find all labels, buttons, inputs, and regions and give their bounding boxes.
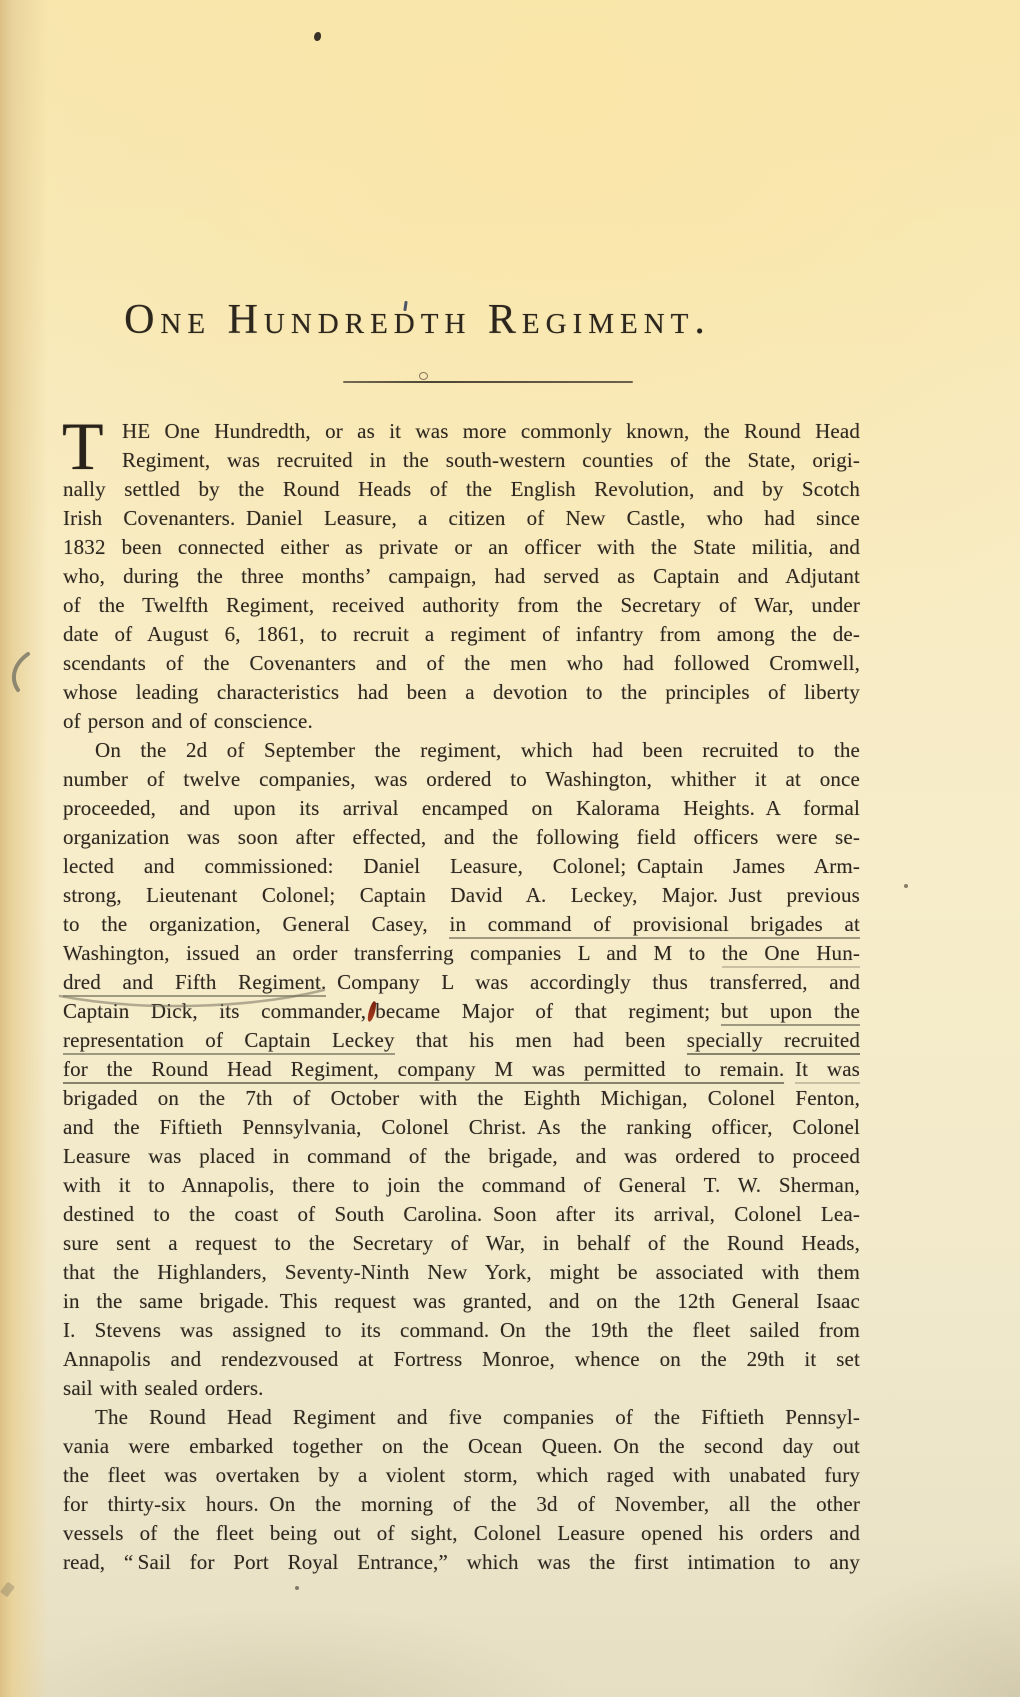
- margin-pencil-mark: [2, 650, 36, 694]
- text-line: that the Highlanders, Seventy-Ninth New …: [63, 1258, 860, 1287]
- text-segment: vessels of the fleet being out of sight,…: [63, 1521, 860, 1545]
- title-divider-rule: [343, 381, 633, 383]
- text-line: organization was soon after effected, an…: [63, 823, 860, 852]
- text-segment: the fleet was overtaken by a violent sto…: [63, 1463, 860, 1487]
- text-line: Regiment, was recruited in the south-wes…: [122, 446, 860, 475]
- text-line: vania were embarked together on the Ocea…: [63, 1432, 860, 1461]
- drop-cap: T: [62, 418, 104, 474]
- text-segment: [784, 1057, 795, 1081]
- text-line: sail with sealed orders.: [63, 1374, 860, 1403]
- text-segment: that his men had been: [395, 1028, 687, 1052]
- text-line: The Round Head Regiment and five compani…: [63, 1403, 860, 1432]
- text-line: and the Fiftieth Pennsylvania, Colonel C…: [63, 1113, 860, 1142]
- text-segment: proceeded, and upon its arrival encamped…: [63, 796, 860, 820]
- page-title: One Hundredth Regiment.: [19, 296, 816, 344]
- text-line: proceeded, and upon its arrival encamped…: [63, 794, 860, 823]
- text-line: Leasure was placed in command of the bri…: [63, 1142, 860, 1171]
- scanned-book-page: One Hundredth Regiment. THE One Hundredt…: [0, 0, 1020, 1697]
- ink-dot: [314, 32, 321, 41]
- text-line: nally settled by the Round Heads of the …: [63, 475, 860, 504]
- text-segment: The Round Head Regiment and five compani…: [95, 1405, 860, 1429]
- text-segment: On the 2d of September the regiment, whi…: [95, 738, 860, 762]
- text-segment: Regiment, was recruited in the south-wes…: [122, 448, 860, 472]
- text-segment: number of twelve companies, was ordered …: [63, 767, 860, 791]
- pencil-annotated-text: in command of provisional brigades at: [449, 912, 860, 939]
- text-line: Washington, issued an order transferring…: [63, 939, 860, 968]
- text-line: of the Twelfth Regiment, received author…: [63, 591, 860, 620]
- text-line: scendants of the Covenanters and of the …: [63, 649, 860, 678]
- speck: [904, 884, 908, 888]
- text-segment: scendants of the Covenanters and of the …: [63, 651, 860, 675]
- text-line: I. Stevens was assigned to its command. …: [63, 1316, 860, 1345]
- text-line: On the 2d of September the regiment, whi…: [63, 736, 860, 765]
- text-segment: of person and of conscience.: [63, 709, 313, 733]
- text-line: HE One Hundredth, or as it was more comm…: [122, 417, 860, 446]
- text-segment: sail with sealed orders.: [63, 1376, 264, 1400]
- text-line: representation of Captain Leckey that hi…: [63, 1026, 860, 1055]
- text-line: whose leading characteristics had been a…: [63, 678, 860, 707]
- paragraph: On the 2d of September the regiment, whi…: [63, 736, 860, 1403]
- paragraph: THE One Hundredth, or as it was more com…: [63, 417, 860, 736]
- text-segment: of the Twelfth Regiment, received author…: [63, 593, 860, 617]
- pencil-annotated-text: specially recruited: [687, 1028, 860, 1055]
- text-segment: HE One Hundredth, or as it was more comm…: [122, 419, 860, 443]
- pencil-annotated-text: the One Hun-: [722, 941, 860, 968]
- text-segment: nally settled by the Round Heads of the …: [63, 477, 860, 501]
- text-segment: who, during the three months’ campaign, …: [63, 564, 860, 588]
- small-circle-mark: [419, 372, 428, 380]
- text-segment: read, “ Sail for Port Royal Entrance,” w…: [63, 1550, 860, 1574]
- text-line: to the organization, General Casey, in c…: [63, 910, 860, 939]
- text-line: vessels of the fleet being out of sight,…: [63, 1519, 860, 1548]
- text-segment: strong, Lieutenant Colonel; Captain Davi…: [63, 883, 860, 907]
- text-line: number of twelve companies, was ordered …: [63, 765, 860, 794]
- paragraph: The Round Head Regiment and five compani…: [63, 1403, 860, 1577]
- text-segment: vania were embarked together on the Ocea…: [63, 1434, 860, 1458]
- text-line: Annapolis and rendezvoused at Fortress M…: [63, 1345, 860, 1374]
- pencil-annotated-text: for the Round Head Regiment, company M w…: [63, 1057, 784, 1084]
- text-line: Irish Covenanters. Daniel Leasure, a cit…: [63, 504, 860, 533]
- pencil-annotated-text: but upon the: [721, 999, 860, 1026]
- text-segment: lected and commissioned: Daniel Leasure,…: [63, 854, 860, 878]
- corner-mark: [0, 1582, 15, 1598]
- text-line: strong, Lieutenant Colonel; Captain Davi…: [63, 881, 860, 910]
- text-segment: to the organization, General Casey,: [63, 912, 449, 936]
- text-segment: that the Highlanders, Seventy-Ninth New …: [63, 1260, 860, 1284]
- text-line: with it to Annapolis, there to join the …: [63, 1171, 860, 1200]
- text-segment: date of August 6, 1861, to recruit a reg…: [63, 622, 860, 646]
- text-segment: brigaded on the 7th of October with the …: [63, 1086, 860, 1110]
- text-segment: destined to the coast of South Carolina.…: [63, 1202, 860, 1226]
- text-segment: for thirty-six hours. On the morning of …: [63, 1492, 860, 1516]
- text-segment: organization was soon after effected, an…: [63, 825, 860, 849]
- text-line: who, during the three months’ campaign, …: [63, 562, 860, 591]
- text-line: brigaded on the 7th of October with the …: [63, 1084, 860, 1113]
- speck: [295, 1586, 299, 1590]
- text-segment: 1832 been connected either as private or…: [63, 535, 860, 559]
- text-segment: became Major of that regiment;: [375, 999, 721, 1023]
- text-line: the fleet was overtaken by a violent sto…: [63, 1461, 860, 1490]
- text-segment: Annapolis and rendezvoused at Fortress M…: [63, 1347, 860, 1371]
- pencil-swoop: [52, 984, 332, 1014]
- text-line: sure sent a request to the Secretary of …: [63, 1229, 860, 1258]
- text-segment: in the same brigade. This request was gr…: [63, 1289, 860, 1313]
- text-segment: and the Fiftieth Pennsylvania, Colonel C…: [63, 1115, 860, 1139]
- text-line: destined to the coast of South Carolina.…: [63, 1200, 860, 1229]
- text-segment: Leasure was placed in command of the bri…: [63, 1144, 860, 1168]
- pencil-annotated-text: representation of Captain Leckey: [63, 1028, 395, 1055]
- text-line: of person and of conscience.: [63, 707, 860, 736]
- text-segment: Company L was accordingly thus transferr…: [326, 970, 860, 994]
- text-segment: sure sent a request to the Secretary of …: [63, 1231, 860, 1255]
- text-segment: whose leading characteristics had been a…: [63, 680, 860, 704]
- text-line: 1832 been connected either as private or…: [63, 533, 860, 562]
- text-line: for thirty-six hours. On the morning of …: [63, 1490, 860, 1519]
- pencil-annotated-text: It was: [795, 1057, 860, 1084]
- text-segment: with it to Annapolis, there to join the …: [63, 1173, 860, 1197]
- text-line: lected and commissioned: Daniel Leasure,…: [63, 852, 860, 881]
- text-line: in the same brigade. This request was gr…: [63, 1287, 860, 1316]
- text-segment: Washington, issued an order transferring…: [63, 941, 722, 965]
- text-line: date of August 6, 1861, to recruit a reg…: [63, 620, 860, 649]
- text-line: read, “ Sail for Port Royal Entrance,” w…: [63, 1548, 860, 1577]
- text-line: for the Round Head Regiment, company M w…: [63, 1055, 860, 1084]
- text-segment: Irish Covenanters. Daniel Leasure, a cit…: [63, 506, 860, 530]
- text-segment: I. Stevens was assigned to its command. …: [63, 1318, 860, 1342]
